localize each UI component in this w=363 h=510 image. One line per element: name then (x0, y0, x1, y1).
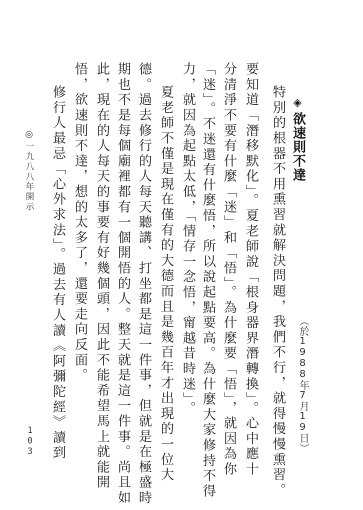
text-column-11: 修行人最忌「心外求法」。過去有人讀《阿彌陀經》讀到 (50, 85, 65, 461)
circle-bullet-icon: ◎ (24, 130, 34, 142)
book-page: ◈欲速則不達 （於1988年7月19日） 特別的根器不用熏習就解決問題，我們不行… (0, 0, 363, 510)
text-column-2: 要知道「潛移默化」。夏老師說「根身器界潛轉換」。心中應十 (243, 62, 258, 477)
page-number: 103 (25, 426, 35, 458)
text-column-1: 特別的根器不用熏習就解決問題，我們不行，就得慢慢熏習。 (270, 85, 285, 498)
text-column-4: 「迷」。不迷還有什麼悟，所以說起點要高。為什麼大家修持不得 (200, 62, 215, 499)
text-column-5: 力，就因為起點太低，「情存一念悟，甯越昔時迷」。 (180, 62, 195, 416)
text-column-9: 此，現在的人每天的事要有好幾個頭，因此不能希望馬上就能開 (94, 62, 109, 490)
text-column-6: 夏老師不僅是現在僅有的大德而且是幾百年才出現的一位大 (158, 85, 173, 483)
footer-text: 一九八八年開示 (24, 142, 34, 213)
diamond-bullet-icon: ◈ (291, 96, 304, 112)
section-date: （於1988年7月19日） (296, 316, 308, 453)
text-column-7: 德。過去修行的人每天聽講、打坐都是這一件事，但就是在極盛時 (136, 62, 151, 506)
text-column-8: 期也不是每個廟裡都有一個開悟的人。整天就是這一件事。尚且如 (115, 62, 130, 506)
section-title: ◈欲速則不達 (289, 96, 305, 182)
section-title-text: 欲速則不達 (290, 112, 305, 182)
text-column-10: 悟，欲速則不達，想的太多了，還要走向反面。 (72, 62, 87, 383)
text-column-3: 分清淨不要有什麼「迷」和「悟」。為什麼要「悟」，就因為你 (221, 62, 236, 477)
running-footer: ◎一九八八年開示 (24, 130, 34, 212)
